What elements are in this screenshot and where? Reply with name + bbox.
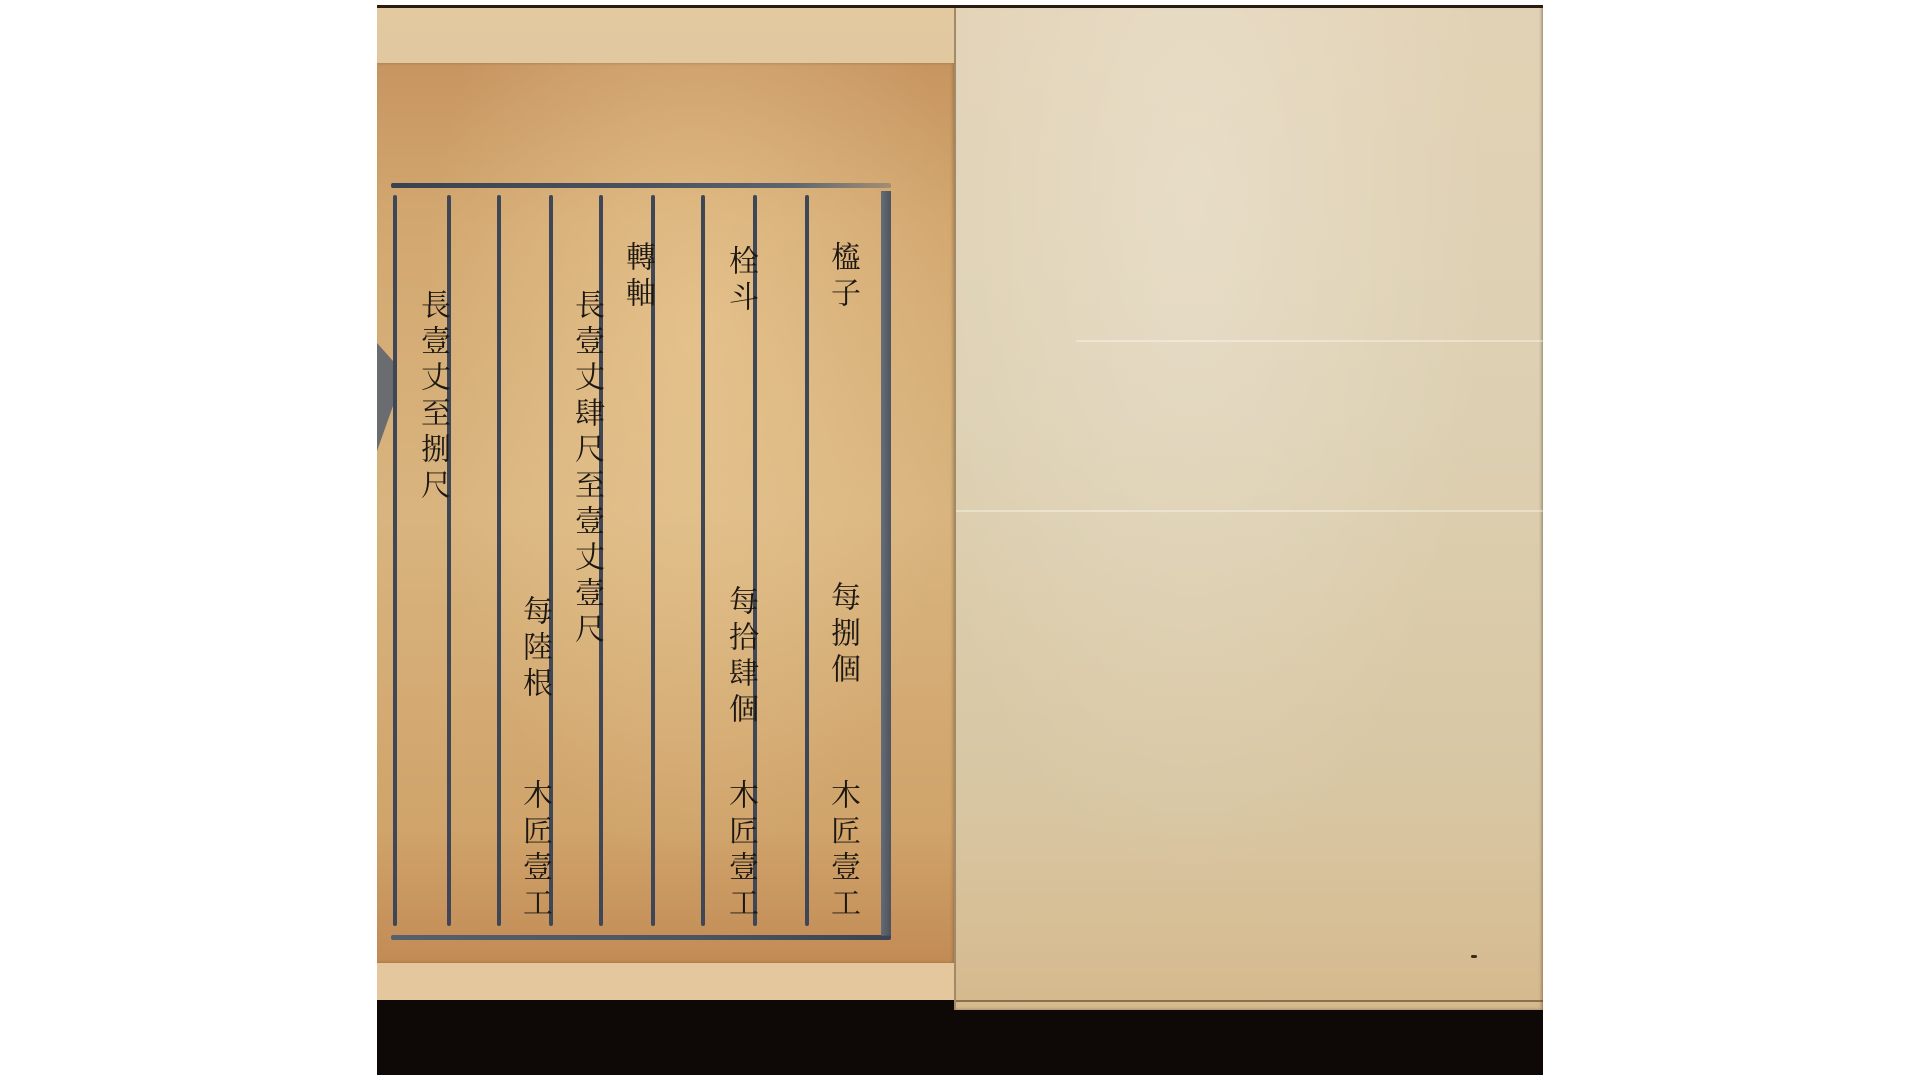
paper-crease	[956, 510, 1543, 512]
paper-crease	[1076, 340, 1543, 342]
book-scan: 橀子 每捌個 木匠壹工 栓斗 每拾肆個 木匠壹工 轉軸 長壹丈肆尺至壹丈壹尺 每…	[377, 5, 1543, 1075]
entry-length-spec: 長壹丈肆尺至壹丈壹尺	[571, 289, 601, 649]
column-rule	[497, 195, 501, 926]
entry-labor: 木匠壹工	[725, 779, 755, 923]
entry-heading-shuandou: 栓斗	[725, 245, 755, 317]
printed-frame: 橀子 每捌個 木匠壹工 栓斗 每拾肆個 木匠壹工 轉軸 長壹丈肆尺至壹丈壹尺 每…	[391, 183, 891, 940]
entry-labor: 木匠壹工	[827, 779, 857, 923]
page-bottom-edge	[956, 1000, 1543, 1002]
frame-bottom-border	[391, 935, 891, 940]
frame-top-border	[391, 183, 891, 188]
entry-heading-zhuanzhou: 轉軸	[622, 241, 652, 313]
entry-labor: 木匠壹工	[519, 779, 549, 923]
entry-quantity: 每捌個	[827, 581, 857, 689]
right-page-blank	[954, 5, 1543, 1010]
paper-speck	[1471, 955, 1477, 958]
entry-quantity: 每陸根	[519, 595, 549, 703]
column-rule	[805, 195, 809, 926]
entry-heading-yingzi: 橀子	[827, 241, 857, 313]
left-page: 橀子 每捌個 木匠壹工 栓斗 每拾肆個 木匠壹工 轉軸 長壹丈肆尺至壹丈壹尺 每…	[377, 63, 955, 963]
column-rule	[393, 195, 397, 926]
entry-quantity: 每拾肆個	[725, 585, 755, 729]
frame-right-border	[881, 191, 891, 936]
entry-length-spec: 長壹丈至捌尺	[417, 289, 447, 505]
column-rule	[701, 195, 705, 926]
